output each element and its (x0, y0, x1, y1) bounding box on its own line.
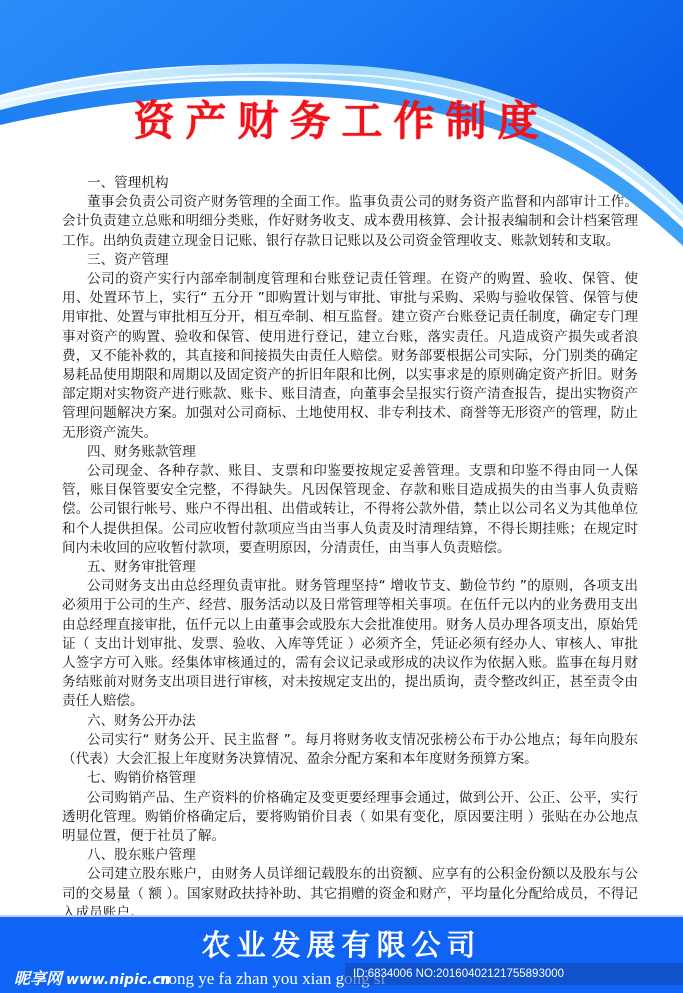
section-asset-management: 三、资产管理 公司的资产实行内部牵制制度管理和台账登记责任管理。在资产的购置、验… (62, 251, 638, 443)
document-body: 一、管理机构 董事会负责公司资产财务管理的全面工作。监事负责公司的财务资产监督和… (62, 174, 638, 923)
watermark-brand: 昵享网www.nipic.cn (14, 969, 171, 990)
section-heading: 四、财务账款管理 (62, 443, 638, 462)
company-name: 农业发展有限公司 (0, 927, 683, 963)
watermark-site: www.nipic.cn (66, 972, 171, 988)
section-management-org: 一、管理机构 董事会负责公司资产财务管理的全面工作。监事负责公司的财务资产监督和… (62, 174, 638, 251)
watermark-id: ID:6834006 NO:20160402121755893000 (345, 963, 683, 985)
section-accounts-management: 四、财务账款管理 公司现金、各种存款、账目、支票和印鉴要按规定妥善管理。支票和印… (62, 443, 638, 558)
watermark-brand-name: 昵享网 (14, 969, 62, 988)
section-body: 董事会负责公司资产财务管理的全面工作。监事负责公司的财务资产监督和内部审计工作。… (62, 193, 638, 251)
section-heading: 七、购销价格管理 (62, 769, 638, 788)
section-heading: 一、管理机构 (62, 174, 638, 193)
section-body: 公司购销产品、生产资料的价格确定及变更要经理事会通过，做到公开、公正、公平，实行… (62, 789, 638, 847)
section-heading: 五、财务审批管理 (62, 558, 638, 577)
section-heading: 六、财务公开办法 (62, 712, 638, 731)
section-body: 公司的资产实行内部牵制制度管理和台账登记责任管理。在资产的购置、验收、保管、使用… (62, 270, 638, 443)
section-body: 公司财务支出由总经理负责审批。财务管理坚持“ 增收节支、勤俭节约 ”的原则，各项… (62, 577, 638, 711)
section-heading: 八、股东账户管理 (62, 846, 638, 865)
section-financial-disclosure: 六、财务公开办法 公司实行“ 财务公开、民主监督 ”。每月将财务收支情况张榜公布… (62, 712, 638, 770)
footer-banner: 农业发展有限公司 nong ye fa zhan you xian gong s… (0, 915, 683, 993)
section-body: 公司现金、各种存款、账目、支票和印鉴要按规定妥善管理。支票和印鉴不得由同一人保管… (62, 462, 638, 558)
section-body: 公司实行“ 财务公开、民主监督 ”。每月将财务收支情况张榜公布于办公地点；每年向… (62, 731, 638, 769)
section-heading: 三、资产管理 (62, 251, 638, 270)
section-pricing-management: 七、购销价格管理 公司购销产品、生产资料的价格确定及变更要经理事会通过，做到公开… (62, 769, 638, 846)
page-title: 资产财务工作制度 (0, 93, 683, 149)
section-shareholder-accounts: 八、股东账户管理 公司建立股东账户，由财务人员详细记载股东的出资额、应享有的公积… (62, 846, 638, 923)
section-approval-management: 五、财务审批管理 公司财务支出由总经理负责审批。财务管理坚持“ 增收节支、勤俭节… (62, 558, 638, 712)
